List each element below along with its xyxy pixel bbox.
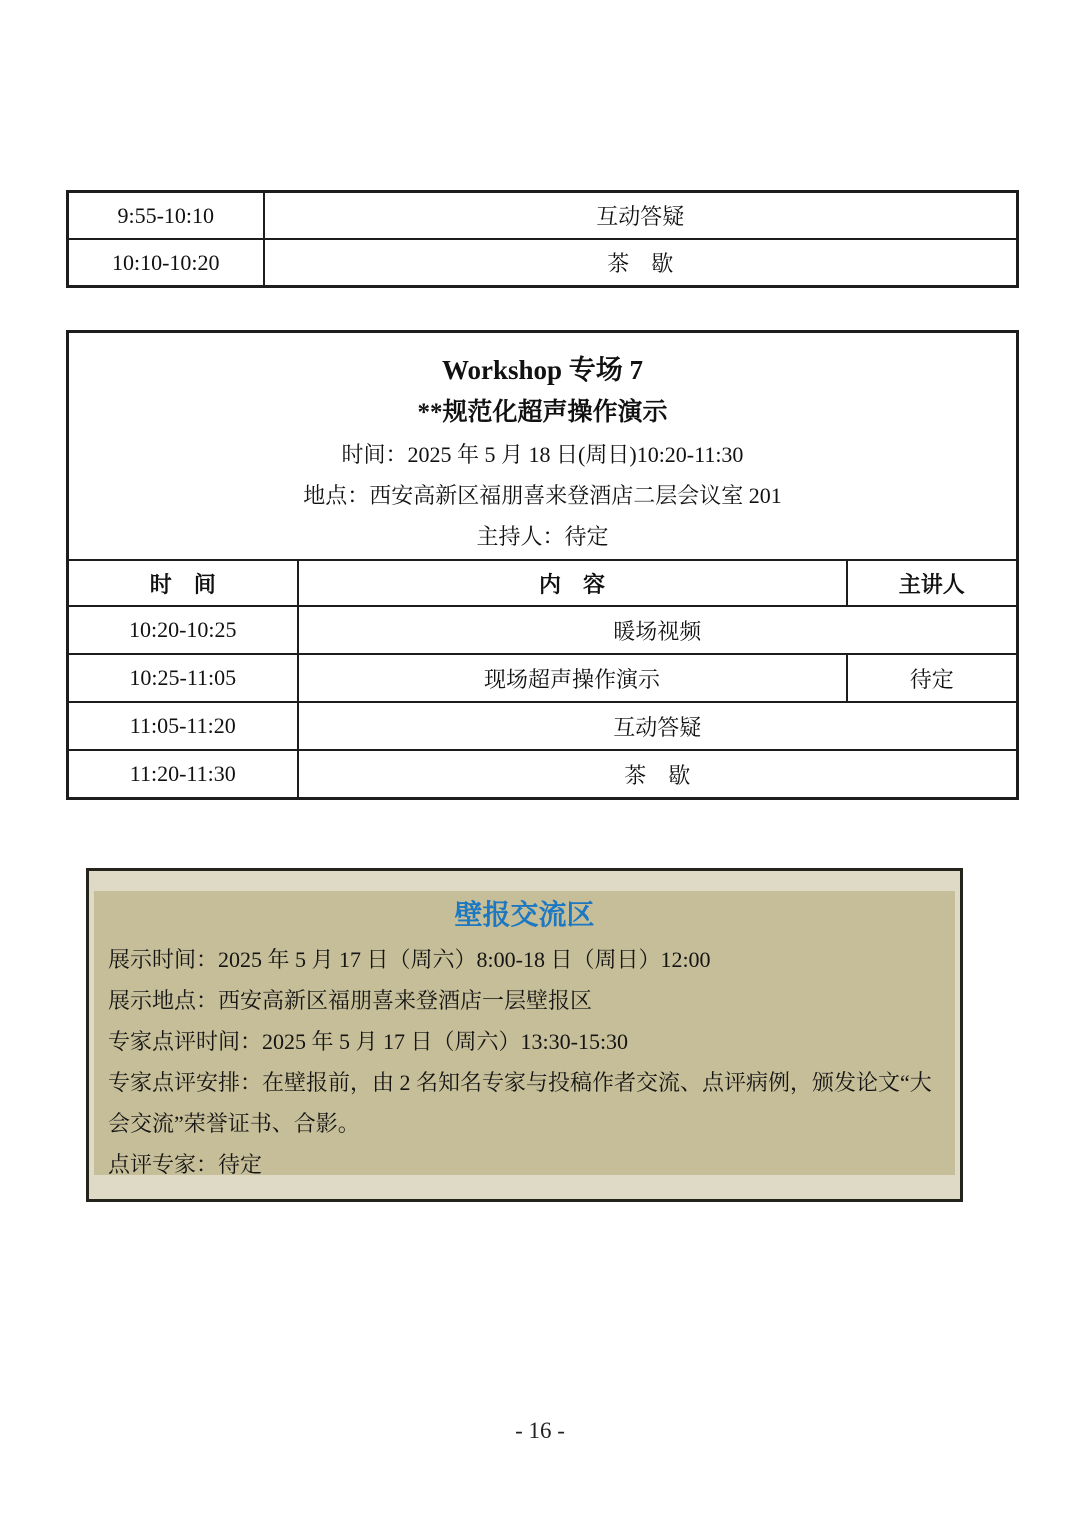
table-row: Workshop 专场 7 **规范化超声操作演示 时间：2025 年 5 月 … bbox=[68, 332, 1018, 561]
workshop-title: Workshop 专场 7 bbox=[69, 336, 1016, 392]
table-row: 9:55-10:10 互动答疑 bbox=[68, 192, 1018, 240]
workshop-location-line: 地点：西安高新区福朋喜来登酒店二层会议室 201 bbox=[69, 475, 1016, 516]
workshop-table: Workshop 专场 7 **规范化超声操作演示 时间：2025 年 5 月 … bbox=[66, 330, 1019, 800]
time-cell: 10:25-11:05 bbox=[68, 654, 298, 702]
poster-line-review-time: 专家点评时间：2025 年 5 月 17 日（周六）13:30-15:30 bbox=[108, 1021, 941, 1062]
poster-line-review-plan: 专家点评安排：在壁报前，由 2 名知名专家与投稿作者交流、点评病例，颁发论文“大… bbox=[108, 1062, 941, 1144]
time-cell: 10:10-10:20 bbox=[68, 239, 264, 287]
poster-line-review-experts: 点评专家：待定 bbox=[108, 1144, 941, 1185]
content-cell: 茶 歇 bbox=[264, 239, 1018, 287]
content-cell: 暖场视频 bbox=[298, 606, 1018, 654]
content-cell: 茶 歇 bbox=[298, 750, 1018, 799]
content-cell: 互动答疑 bbox=[298, 702, 1018, 750]
schedule-row: 11:05-11:20 互动答疑 bbox=[68, 702, 1018, 750]
page-number: - 16 - bbox=[0, 1418, 1080, 1444]
document-page: 9:55-10:10 互动答疑 10:10-10:20 茶 歇 Workshop… bbox=[0, 0, 1080, 1528]
table-header-row: 时 间 内 容 主讲人 bbox=[68, 560, 1018, 606]
workshop-time-line: 时间：2025 年 5 月 18 日(周日)10:20-11:30 bbox=[69, 434, 1016, 475]
time-cell: 10:20-10:25 bbox=[68, 606, 298, 654]
speaker-cell: 待定 bbox=[847, 654, 1018, 702]
schedule-row: 11:20-11:30 茶 歇 bbox=[68, 750, 1018, 799]
poster-line-display-location: 展示地点：西安高新区福朋喜来登酒店一层壁报区 bbox=[108, 980, 941, 1021]
col-header-content: 内 容 bbox=[298, 560, 847, 606]
table-row: 10:10-10:20 茶 歇 bbox=[68, 239, 1018, 287]
workshop-host-line: 主持人：待定 bbox=[69, 516, 1016, 557]
workshop-subtitle: **规范化超声操作演示 bbox=[69, 392, 1016, 434]
time-cell: 9:55-10:10 bbox=[68, 192, 264, 240]
content-cell: 现场超声操作演示 bbox=[298, 654, 847, 702]
time-cell: 11:20-11:30 bbox=[68, 750, 298, 799]
workshop-title-block: Workshop 专场 7 **规范化超声操作演示 时间：2025 年 5 月 … bbox=[68, 332, 1018, 561]
poster-title: 壁报交流区 bbox=[108, 893, 941, 939]
content-cell: 互动答疑 bbox=[264, 192, 1018, 240]
time-cell: 11:05-11:20 bbox=[68, 702, 298, 750]
poster-panel-inner: 壁报交流区 展示时间：2025 年 5 月 17 日（周六）8:00-18 日（… bbox=[94, 891, 955, 1175]
fragment-table: 9:55-10:10 互动答疑 10:10-10:20 茶 歇 bbox=[66, 190, 1019, 288]
schedule-row: 10:20-10:25 暖场视频 bbox=[68, 606, 1018, 654]
poster-panel: 壁报交流区 展示时间：2025 年 5 月 17 日（周六）8:00-18 日（… bbox=[86, 868, 963, 1202]
schedule-row: 10:25-11:05 现场超声操作演示 待定 bbox=[68, 654, 1018, 702]
col-header-speaker: 主讲人 bbox=[847, 560, 1018, 606]
poster-line-display-time: 展示时间：2025 年 5 月 17 日（周六）8:00-18 日（周日）12:… bbox=[108, 939, 941, 980]
col-header-time: 时 间 bbox=[68, 560, 298, 606]
